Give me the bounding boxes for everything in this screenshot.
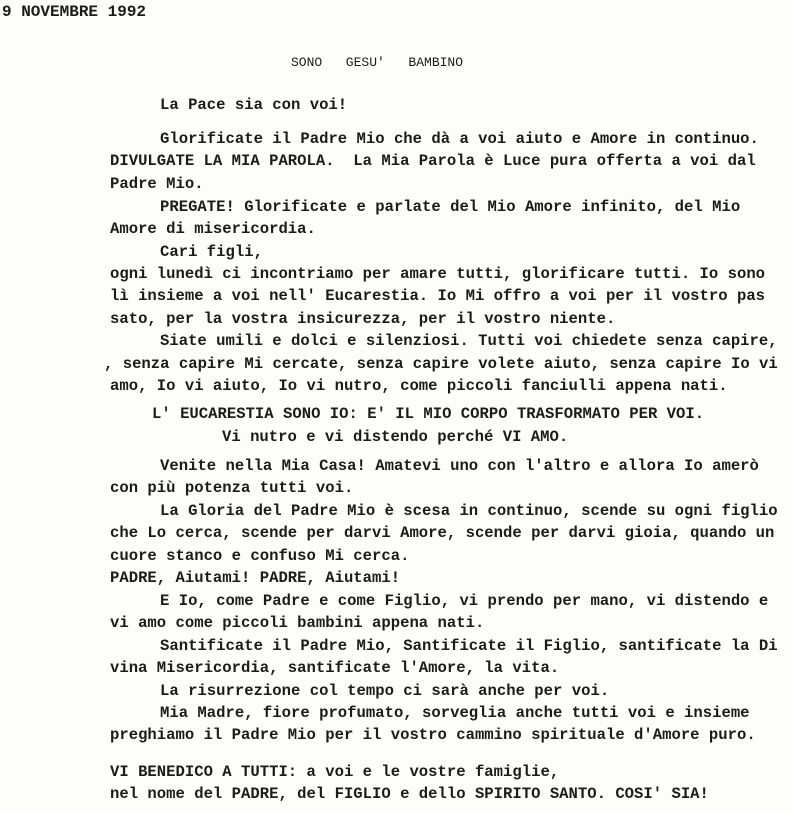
text-line: preghiamo il Padre Mio per il vostro cam… [110, 725, 756, 745]
text-line: cuore stanco e confuso Mi cerca. [110, 546, 409, 566]
text-line: Venite nella Mia Casa! Amatevi uno con l… [160, 456, 759, 476]
text-line: sato, per la vostra insicurezza, per il … [110, 309, 615, 329]
text-line: Amore di misericordia. [110, 219, 316, 239]
text-line: La Pace sia con voi! [160, 95, 347, 115]
text-line: La risurrezione col tempo ci sarà anche … [160, 681, 609, 701]
text-line: ogni lunedì ci incontriamo per amare tut… [110, 264, 765, 284]
text-line: La Gloria del Padre Mio è scesa in conti… [160, 501, 778, 521]
text-line: Cari figli, [160, 242, 263, 262]
text-line: vina Misericordia, santificate l'Amore, … [110, 658, 559, 678]
text-line: che Lo cerca, scende per darvi Amore, sc… [110, 523, 774, 543]
document-date: 9 NOVEMBRE 1992 [2, 2, 146, 22]
text-line: VI BENEDICO A TUTTI: a voi e le vostre f… [110, 762, 559, 782]
text-line: lì insieme a voi nell' Eucarestia. Io Mi… [110, 286, 765, 306]
text-line: Santificate il Padre Mio, Santificate il… [160, 636, 778, 656]
text-line: Vi nutro e vi distendo perché VI AMO. [222, 427, 568, 447]
text-line: PREGATE! Glorificate e parlate del Mio A… [160, 197, 740, 217]
text-line: DIVULGATE LA MIA PAROLA. La Mia Parola è… [110, 151, 756, 171]
text-line: Mia Madre, fiore profumato, sorveglia an… [160, 703, 750, 723]
text-line: PADRE, Aiutami! PADRE, Aiutami! [110, 568, 400, 588]
text-line: Glorificate il Padre Mio che dà a voi ai… [160, 129, 759, 149]
text-line: nel nome del PADRE, del FIGLIO e dello S… [110, 784, 709, 804]
text-line: L' EUCARESTIA SONO IO: E' IL MIO CORPO T… [152, 404, 704, 424]
text-line: amo, Io vi aiuto, Io vi nutro, come picc… [110, 376, 728, 396]
text-line: E Io, come Padre e come Figlio, vi prend… [160, 591, 768, 611]
document-title: SONO GESU' BAMBINO [291, 53, 463, 73]
text-line: Padre Mio. [110, 174, 204, 194]
text-line: , senza capire Mi cercate, senza capire … [104, 354, 778, 374]
text-line: Siate umili e dolci e silenziosi. Tutti … [160, 331, 778, 351]
text-line: vi amo come piccoli bambini appena nati. [110, 613, 484, 633]
text-line: con più potenza tutti voi. [110, 478, 353, 498]
